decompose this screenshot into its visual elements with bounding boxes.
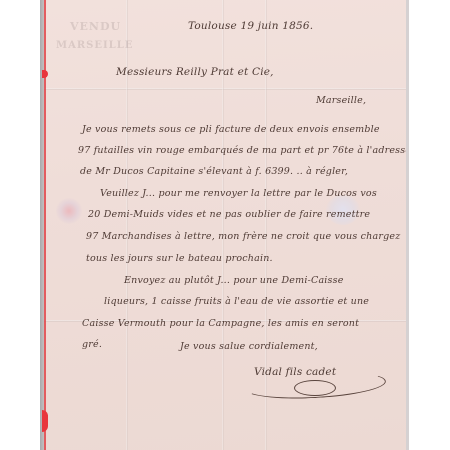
fold-line (44, 88, 408, 90)
red-seal-fragment (42, 410, 48, 432)
ghost-stamp: VENDU (70, 20, 121, 33)
body-line: Veuillez J... pour me renvoyer la lettre… (100, 188, 377, 199)
body-line: liqueurs, 1 caisse fruits à l'eau de vie… (104, 296, 369, 307)
red-postmark (56, 198, 82, 224)
closing: Je vous salue cordialement, (180, 341, 318, 352)
body-line: Je vous remets sous ce pli facture de de… (82, 124, 380, 135)
body-line: de Mr Ducos Capitaine s'élevant à f. 639… (80, 166, 348, 177)
letter-paper: VENDU MARSEILLE Toulouse 19 juin 1856. M… (44, 0, 408, 450)
body-line: tous les jours sur le bateau prochain. (86, 253, 273, 264)
body-line: 97 futailles vin rouge embarqués de ma p… (78, 145, 408, 156)
body-line: gré. (82, 339, 102, 350)
body-line: Caisse Vermouth pour la Campagne, les am… (82, 318, 359, 329)
ghost-stamp: MARSEILLE (56, 40, 133, 51)
addressee: Messieurs Reilly Prat et Cie, (116, 66, 274, 78)
signature-flourish (294, 380, 336, 396)
addressee-city: Marseille, (316, 95, 366, 106)
body-line: 97 Marchandises à lettre, mon frère ne c… (86, 231, 400, 242)
red-seal-edge (44, 0, 46, 450)
paper-edge (406, 0, 409, 450)
body-line: Envoyez au plutôt J... pour une Demi-Cai… (124, 275, 344, 286)
body-line: 20 Demi-Muids vides et ne pas oublier de… (88, 209, 370, 220)
place-date: Toulouse 19 juin 1856. (188, 20, 313, 32)
